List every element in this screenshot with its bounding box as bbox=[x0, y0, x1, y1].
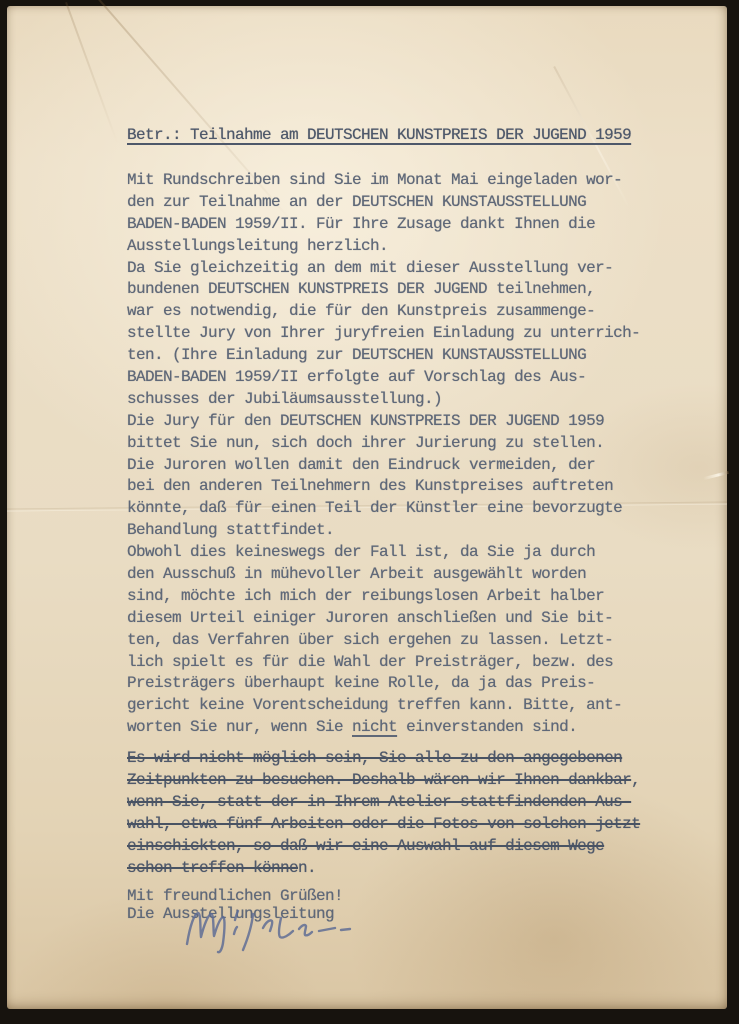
letter-line: Zeitpunkten zu besuchen. Deshalb wären w… bbox=[127, 770, 687, 792]
paper-sheet: Betr.: Teilnahme am DEUTSCHEN KUNSTPREIS… bbox=[7, 6, 727, 1009]
letter-line: Es wird nicht möglich sein, Sie alle zu … bbox=[127, 748, 687, 770]
letter-document: Betr.: Teilnahme am DEUTSCHEN KUNSTPREIS… bbox=[127, 124, 687, 924]
letter-line: BADEN-BADEN 1959/II erfolgte auf Vorschl… bbox=[127, 367, 687, 389]
letter-line: wenn Sie, statt der in Ihrem Atelier sta… bbox=[127, 792, 687, 814]
handwritten-signature bbox=[181, 900, 393, 956]
photo-frame: Betr.: Teilnahme am DEUTSCHEN KUNSTPREIS… bbox=[0, 0, 739, 1024]
letter-line: einschickten, so daß wir eine Auswahl au… bbox=[127, 836, 687, 858]
letter-line: bundenen DEUTSCHEN KUNSTPREIS DER JUGEND… bbox=[127, 279, 687, 301]
letter-line: Die Jury für den DEUTSCHEN KUNSTPREIS DE… bbox=[127, 411, 687, 433]
letter-line: Preisträgers überhaupt keine Rolle, da j… bbox=[127, 673, 687, 695]
paragraph-intro: Mit Rundschreiben sind Sie im Monat Mai … bbox=[127, 170, 687, 258]
letter-line: Obwohl dies keineswegs der Fall ist, da … bbox=[127, 542, 687, 564]
letter-line: Mit Rundschreiben sind Sie im Monat Mai … bbox=[127, 170, 687, 192]
letter-line: sind, möchte ich mich der reibungslosen … bbox=[127, 586, 687, 608]
letter-line: bei den anderen Teilnehmern des Kunstpre… bbox=[127, 476, 687, 498]
letter-line: Da Sie gleichzeitig an dem mit dieser Au… bbox=[127, 258, 687, 280]
letter-line: den Ausschuß in mühevoller Arbeit ausgew… bbox=[127, 564, 687, 586]
letter-line: diesem Urteil einiger Juroren anschließe… bbox=[127, 608, 687, 630]
letter-line: schon treffen können. bbox=[127, 858, 687, 880]
letter-line: worten Sie nur, wenn Sie nicht einversta… bbox=[127, 717, 687, 739]
letter-line: ten. (Ihre Einladung zur DEUTSCHEN KUNST… bbox=[127, 345, 687, 367]
letter-line: war es notwendig, die für den Kunstpreis… bbox=[127, 301, 687, 323]
paragraph-jury-notification: Da Sie gleichzeitig an dem mit dieser Au… bbox=[127, 258, 687, 411]
letter-line: könnte, daß für einen Teil der Künstler … bbox=[127, 498, 687, 520]
letter-line: bittet Sie nun, sich doch ihrer Jurierun… bbox=[127, 433, 687, 455]
letter-line: ten, das Verfahren über sich ergehen zu … bbox=[127, 630, 687, 652]
right-edge-tear bbox=[703, 471, 729, 480]
paragraph-jury-request: Die Jury für den DEUTSCHEN KUNSTPREIS DE… bbox=[127, 411, 687, 542]
paragraph-reasoning: Obwohl dies keineswegs der Fall ist, da … bbox=[127, 542, 687, 739]
letter-line: gericht keine Vorentscheidung treffen ka… bbox=[127, 695, 687, 717]
letter-line: lich spielt es für die Wahl der Preisträ… bbox=[127, 652, 687, 674]
letter-line: Behandlung stattfindet. bbox=[127, 520, 687, 542]
paragraph-struck-passage: Es wird nicht möglich sein, Sie alle zu … bbox=[127, 748, 687, 879]
letter-body: Mit Rundschreiben sind Sie im Monat Mai … bbox=[127, 170, 687, 880]
letter-line: Ausstellungsleitung herzlich. bbox=[127, 236, 687, 258]
letter-line: BADEN-BADEN 1959/II. Für Ihre Zusage dan… bbox=[127, 214, 687, 236]
letter-line: stellte Jury von Ihrer juryfreien Einlad… bbox=[127, 323, 687, 345]
letter-line: den zur Teilnahme an der DEUTSCHEN KUNST… bbox=[127, 192, 687, 214]
letter-line: wahl, etwa fünf Arbeiten oder die Fotos … bbox=[127, 814, 687, 836]
letter-subject: Betr.: Teilnahme am DEUTSCHEN KUNSTPREIS… bbox=[127, 124, 631, 146]
letter-line: Die Juroren wollen damit den Eindruck ve… bbox=[127, 455, 687, 477]
top-left-crease-minor bbox=[65, 2, 118, 144]
letter-line: schusses der Jubiläumsausstellung.) bbox=[127, 389, 687, 411]
